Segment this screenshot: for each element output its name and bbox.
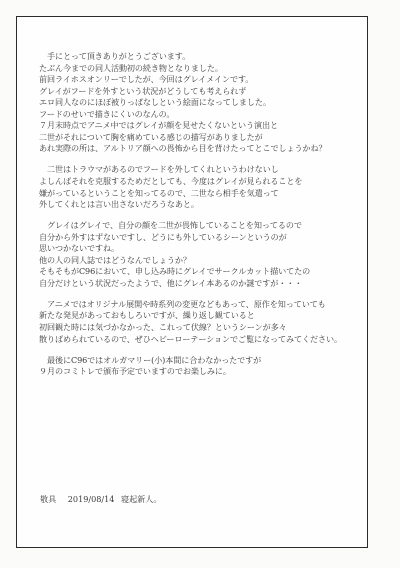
- paragraph: グレイはグレイで、自分の顔を二世が畏怖していることを知ってるので 自分から外すは…: [39, 220, 359, 289]
- text-line: グレイがフードを外すという状況がどうしても考えられず: [39, 86, 359, 98]
- text-line: 外してくれとは言い出さないだろうなあと。: [39, 199, 359, 211]
- signature-date: 2019/08/14: [68, 494, 115, 505]
- text-line: 最後にC96ではオルガマリー(小)本間に合わなかったですが: [39, 355, 359, 367]
- text-line: 前回ライホスオンリーでしたが、今回はグレイメインです。: [39, 74, 359, 86]
- paragraph-spacer: [39, 345, 359, 355]
- text-line: 散りばめられているので、ぜひヘビーローテーションでご覧になってみてください。: [39, 334, 359, 346]
- paragraph-spacer: [39, 211, 359, 221]
- text-line: エロ同人なのにほぼ被りっぱなしという絵面になってしました。: [39, 97, 359, 109]
- paragraph: 手にとって頂きありがとうございます。 たぶん今までの同人活動初の続き物となりまし…: [39, 51, 359, 155]
- paragraph: 二世はトラウマがあるのでフードを外してくれというわけないし よしんばそれを克服す…: [39, 164, 359, 210]
- paragraph-spacer: [39, 289, 359, 299]
- text-line: よしんばそれを克服するためだとしても、今度はグレイが見られることを: [39, 176, 359, 188]
- text-line: グレイはグレイで、自分の顔を二世が畏怖していることを知ってるので: [39, 220, 359, 232]
- text-line: あれ実際の所は、アルトリア顔への畏怖から目を背けたってとこでしょうかね？: [39, 143, 359, 155]
- text-line: 手にとって頂きありがとうございます。: [39, 51, 359, 63]
- paragraph: アニメではオリジナル展開や時系列の変更などもあって、原作を知っていても 新たな発…: [39, 299, 359, 345]
- text-line: 初回観た時には気づかなかった、これって伏線？というシーンが多々: [39, 322, 359, 334]
- text-line: 新たな発見があっておもしろいですが、繰り返し観ていると: [39, 310, 359, 322]
- text-line: そもそもがC96において、申し込み時にグレイでサークルカット描いてたの: [39, 266, 359, 278]
- text-line: アニメではオリジナル展開や時系列の変更などもあって、原作を知っていても: [39, 299, 359, 311]
- text-line: 他の人の同人誌ではどうなんでしょうか？: [39, 255, 359, 267]
- text-line: ７月末時点でアニメ中ではグレイが顔を見せたくないという演出と: [39, 120, 359, 132]
- signature-closing: 敬具: [40, 494, 56, 505]
- signature: 敬具 2019/08/14 寝起新人。: [40, 494, 162, 505]
- afterword-text: 手にとって頂きありがとうございます。 たぶん今までの同人活動初の続き物となりまし…: [39, 51, 359, 378]
- text-line: 嫌がっているということを知ってるので、二世なら相手を気遣って: [39, 188, 359, 200]
- text-line: 二世はトラウマがあるのでフードを外してくれというわけないし: [39, 164, 359, 176]
- text-line: 思いつかないですね。: [39, 243, 359, 255]
- paragraph: 最後にC96ではオルガマリー(小)本間に合わなかったですが ９月のコミトレで頒布…: [39, 355, 359, 378]
- text-line: フードのせいで描きにくいのなんの。: [39, 109, 359, 121]
- text-line: 二世がそれについて胸を痛めている感じの描写がありましたが: [39, 132, 359, 144]
- signature-author: 寝起新人。: [121, 494, 161, 505]
- text-line: 自分から外すはずないですし、どうにも外しているシーンというのが: [39, 232, 359, 244]
- text-line: ９月のコミトレで頒布予定でいますのでお楽しみに。: [39, 366, 359, 378]
- text-line: たぶん今までの同人活動初の続き物となりました。: [39, 63, 359, 75]
- text-line: 自分だけという状況だったようで、他にグレイ本あるのか謎ですが・・・: [39, 278, 359, 290]
- paragraph-spacer: [39, 155, 359, 165]
